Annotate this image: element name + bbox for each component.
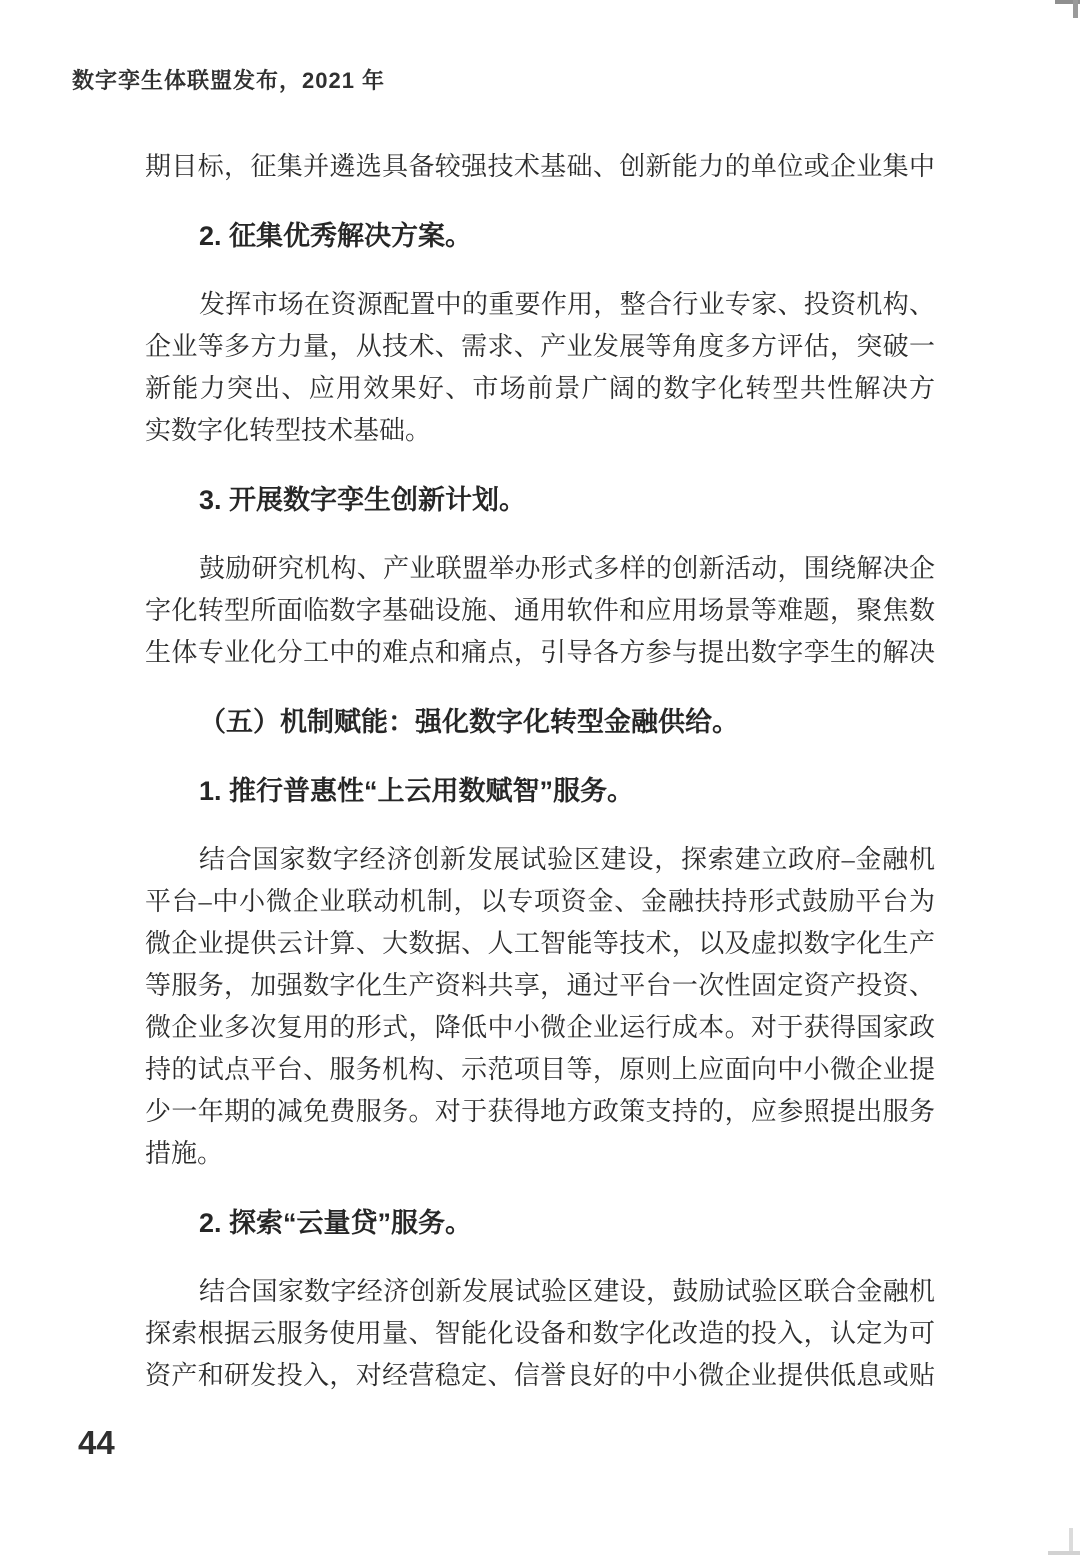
- section-heading: （五）机制赋能：强化数字化转型金融供给。: [145, 701, 935, 743]
- body-line: 少一年期的减免费服务。对于获得地方政策支持的，应参照提出服务减免: [145, 1091, 935, 1133]
- body-line: 字化转型所面临数字基础设施、通用软件和应用场景等难题，聚焦数字孪: [145, 590, 935, 632]
- body-line: 结合国家数字经济创新发展试验区建设，探索建立政府–金融机构–: [145, 839, 935, 881]
- section-heading: 2. 征集优秀解决方案。: [145, 215, 935, 257]
- body-line: 等服务，加强数字化生产资料共享，通过平台一次性固定资产投资、中小: [145, 965, 935, 1007]
- body-line: 结合国家数字经济创新发展试验区建设，鼓励试验区联合金融机构，: [145, 1271, 935, 1313]
- section-heading: 3. 开展数字孪生创新计划。: [145, 479, 935, 521]
- scan-artifact-top-right: [1073, 0, 1078, 18]
- body-line: 鼓励研究机构、产业联盟举办形式多样的创新活动，围绕解决企业数: [145, 548, 935, 590]
- body-line: 微企业多次复用的形式，降低中小微企业运行成本。对于获得国家政策支: [145, 1007, 935, 1049]
- body-line: 平台–中小微企业联动机制，以专项资金、金融扶持形式鼓励平台为中小: [145, 881, 935, 923]
- body-line: 实数字化转型技术基础。: [145, 410, 935, 452]
- body-line: 资产和研发投入，对经营稳定、信誉良好的中小微企业提供低息或贴息贷: [145, 1355, 935, 1397]
- section-heading: 1. 推行普惠性“上云用数赋智”服务。: [145, 770, 935, 812]
- body-line: 探索根据云服务使用量、智能化设备和数字化改造的投入，认定为可抵押: [145, 1313, 935, 1355]
- scan-artifact-bottom-right: [1048, 1551, 1080, 1555]
- page-number: 44: [78, 1424, 115, 1462]
- body-line: 期目标，征集并遴选具备较强技术基础、创新能力的单位或企业集中攻关。: [145, 146, 935, 188]
- paragraph-continuation: 期目标，征集并遴选具备较强技术基础、创新能力的单位或企业集中攻关。: [145, 146, 935, 188]
- body-line: 新能力突出、应用效果好、市场前景广阔的数字化转型共性解决方案，夯: [145, 368, 935, 410]
- body-line: 持的试点平台、服务机构、示范项目等，原则上应面向中小微企业提供至: [145, 1049, 935, 1091]
- body-line: 企业等多方力量，从技术、需求、产业发展等角度多方评估，突破一批创: [145, 326, 935, 368]
- paragraph: 发挥市场在资源配置中的重要作用，整合行业专家、投资机构、应用 企业等多方力量，从…: [145, 284, 935, 452]
- paragraph: 鼓励研究机构、产业联盟举办形式多样的创新活动，围绕解决企业数 字化转型所面临数字…: [145, 548, 935, 674]
- paragraph: 结合国家数字经济创新发展试验区建设，探索建立政府–金融机构– 平台–中小微企业联…: [145, 839, 935, 1175]
- document-page: 数字孪生体联盟发布，2021 年 期目标，征集并遴选具备较强技术基础、创新能力的…: [0, 0, 1080, 1555]
- document-body: 期目标，征集并遴选具备较强技术基础、创新能力的单位或企业集中攻关。 2. 征集优…: [145, 146, 935, 1397]
- body-line: 微企业提供云计算、大数据、人工智能等技术，以及虚拟数字化生产资料: [145, 923, 935, 965]
- body-line: 生体专业化分工中的难点和痛点，引导各方参与提出数字孪生的解决方案。: [145, 632, 935, 674]
- body-line: 措施。: [145, 1133, 935, 1175]
- section-heading: 2. 探索“云量贷”服务。: [145, 1202, 935, 1244]
- body-line: 发挥市场在资源配置中的重要作用，整合行业专家、投资机构、应用: [145, 284, 935, 326]
- paragraph: 结合国家数字经济创新发展试验区建设，鼓励试验区联合金融机构， 探索根据云服务使用…: [145, 1271, 935, 1397]
- running-header: 数字孪生体联盟发布，2021 年: [72, 64, 385, 95]
